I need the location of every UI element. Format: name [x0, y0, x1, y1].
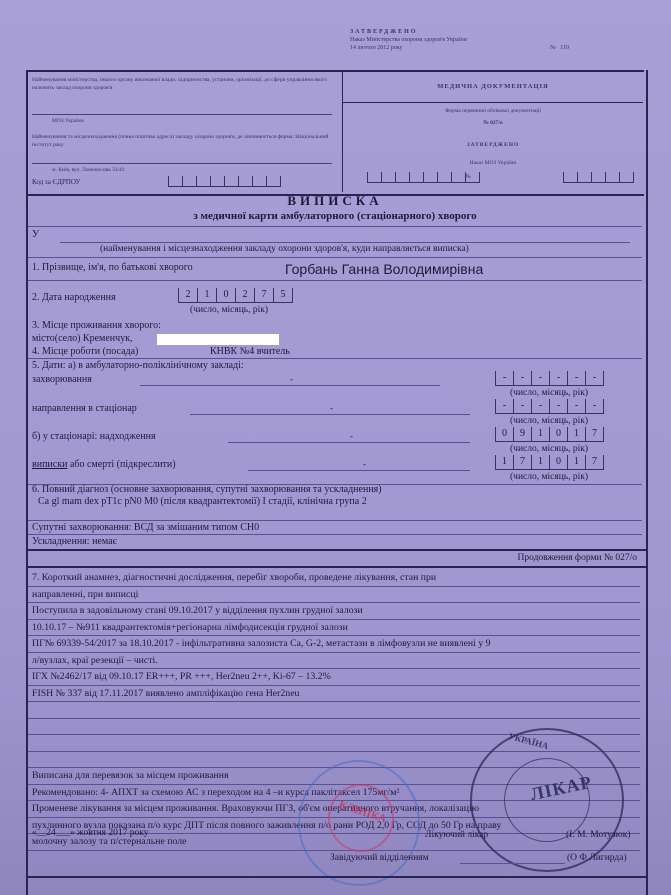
name-label: 1. Прізвище, ім'я, по батькові хворого: [32, 262, 193, 274]
dob-digits: 210275: [178, 288, 293, 303]
diagnosis-value: Ca gl mam dex pT1c pN0 M0 (після квадран…: [38, 496, 367, 508]
date-digit-box: -: [549, 371, 567, 385]
diagnosis-label: 6. Повний діагноз (основне захворювання,…: [32, 484, 382, 496]
dates-label: 5. Дати: а) в амбулаторно-поліклінічному…: [32, 360, 244, 372]
date-digit-box: -: [513, 371, 531, 385]
date-digit-box: 1: [531, 455, 549, 469]
recipient-caption: (найменування і місцезнаходження закладу…: [100, 244, 469, 254]
date-digit-box: -: [513, 399, 531, 413]
date-digit-box: -: [549, 399, 567, 413]
work-value: КНВК №4 вчитель: [210, 346, 290, 358]
date-digit-box: -: [585, 371, 604, 385]
anamnesis-line: FISH № 337 від 17.11.2017 виявлено амплі…: [28, 686, 640, 703]
doctor-name: (І. М. Мотузюк): [566, 830, 631, 840]
date-digit-box: 2: [235, 288, 254, 302]
date-digit-box: -: [585, 399, 604, 413]
anamnesis-line: Поступила в задовільному стані 09.10.201…: [28, 603, 640, 620]
anamnesis-line: ПГ№ 69339-54/2017 за 18.10.2017 - інфіль…: [28, 636, 640, 653]
comorbid-diseases: Супутні захворювання: ВСД за змішаним ти…: [32, 522, 259, 534]
date-digit-box: -: [531, 371, 549, 385]
title-main: ВИПИСКА: [26, 193, 644, 209]
approval-title: ЗАТВЕРДЖЕНО: [350, 28, 467, 36]
form-continuation: Продовження форми № 027/о: [517, 553, 637, 563]
ministry-value: МОЗ України: [32, 117, 332, 125]
doctor-label: Лікуючий лікар: [425, 830, 488, 840]
anamnesis-line: [28, 702, 640, 719]
work-label: 4. Місце роботи (посада): [32, 346, 138, 358]
admission-label: б) у стаціонарі: надходження: [32, 431, 156, 443]
med-doc-block: МЕДИЧНА ДОКУМЕНТАЦІЯ Форма первинної обл…: [342, 72, 643, 192]
facility-address: м. Київ, вул. Ломоносова 33/43: [32, 166, 332, 174]
date-digit-box: 0: [549, 455, 567, 469]
title-subtitle: з медичної карти амбулаторного (стаціона…: [26, 209, 644, 223]
referral-label: направлення в стаціонар: [32, 403, 137, 415]
okpo-code-boxes: [168, 176, 281, 187]
redacted-address: [157, 334, 279, 345]
institution-block: Найменування міністерства, іншого органу…: [32, 76, 332, 174]
med-doc-title: МЕДИЧНА ДОКУМЕНТАЦІЯ: [343, 72, 643, 103]
date-digit-box: 7: [585, 427, 604, 441]
discharge-date: «__24___» жовтня 2017 року: [32, 828, 149, 838]
date-digit-box: -: [495, 371, 513, 385]
date-digit-box: 1: [197, 288, 216, 302]
document-title: ВИПИСКА з медичної карти амбулаторного (…: [26, 193, 644, 223]
patient-name: Горбань Ганна Володимирівна: [285, 261, 483, 277]
date-digit-box: -: [495, 399, 513, 413]
header-approval: ЗАТВЕРДЖЕНО Наказ Міністерства охорони з…: [350, 28, 467, 52]
clinic-stamp: КЛІНІКА: [298, 760, 420, 886]
residence-value: місто(село) Кременчук,: [32, 333, 133, 345]
date-digit-box: 2: [178, 288, 197, 302]
referral-date-digits: ------: [495, 399, 604, 414]
order-number-boxes: [563, 172, 634, 183]
okpo-label: Код за ЄДРПОУ: [32, 178, 81, 186]
discharge-label: виписки або смерті (підкреслити): [32, 459, 176, 471]
date-digit-box: 5: [273, 288, 293, 302]
date-digit-box: 1: [531, 427, 549, 441]
anamnesis-line: 10.10.17 – №911 квадрантектомія+регіонар…: [28, 620, 640, 637]
date-digit-box: 7: [513, 455, 531, 469]
anamnesis-line: ІГХ №2462/17 від 09.10.17 ER+++, PR +++,…: [28, 669, 640, 686]
anamnesis-line: л/вузлах, краї резекції – чисті.: [28, 653, 640, 670]
complications: Ускладнення: немає: [32, 536, 117, 548]
approval-date: 14 лютого 2012 року: [350, 44, 467, 52]
approval-by: Наказ Міністерства охорони здоров'я Укра…: [350, 36, 467, 44]
date-digit-box: 1: [567, 455, 585, 469]
date-digit-box: -: [567, 399, 585, 413]
head-name: (О Ф Лигирда): [567, 853, 627, 863]
date-digit-box: 0: [495, 427, 513, 441]
date-digit-box: 0: [216, 288, 235, 302]
date-digit-box: 7: [254, 288, 273, 302]
illness-label: захворювання: [32, 374, 92, 386]
form-header-box: Найменування міністерства, іншого органу…: [26, 70, 644, 196]
head-label: Завідуючий відділенням: [330, 853, 429, 863]
doctor-stamp: УКРАЇНА ЛІКАР: [470, 728, 624, 872]
approval-number: № 110: [550, 44, 569, 52]
document-page: ЗАТВЕРДЖЕНО Наказ Міністерства охорони з…: [0, 0, 671, 895]
admission-date-digits: 091017: [495, 427, 604, 442]
date-digit-box: 9: [513, 427, 531, 441]
date-digit-box: 0: [549, 427, 567, 441]
illness-date-digits: ------: [495, 371, 604, 386]
date-digit-box: 7: [585, 455, 604, 469]
date-digit-box: -: [531, 399, 549, 413]
recipient-label: У: [32, 229, 39, 241]
residence-label: 3. Місце проживання хворого:: [32, 320, 161, 332]
discharge-date-digits: 171017: [495, 455, 604, 470]
dob-label: 2. Дата народження: [32, 292, 116, 304]
date-digit-box: 1: [495, 455, 513, 469]
anamnesis-line: 7. Короткий анамнез, діагностичні дослід…: [28, 570, 640, 587]
anamnesis-line: направленні, при виписці: [28, 587, 640, 604]
date-digit-box: 1: [567, 427, 585, 441]
form-number: № 027/о: [343, 120, 643, 126]
date-digit-box: -: [567, 371, 585, 385]
